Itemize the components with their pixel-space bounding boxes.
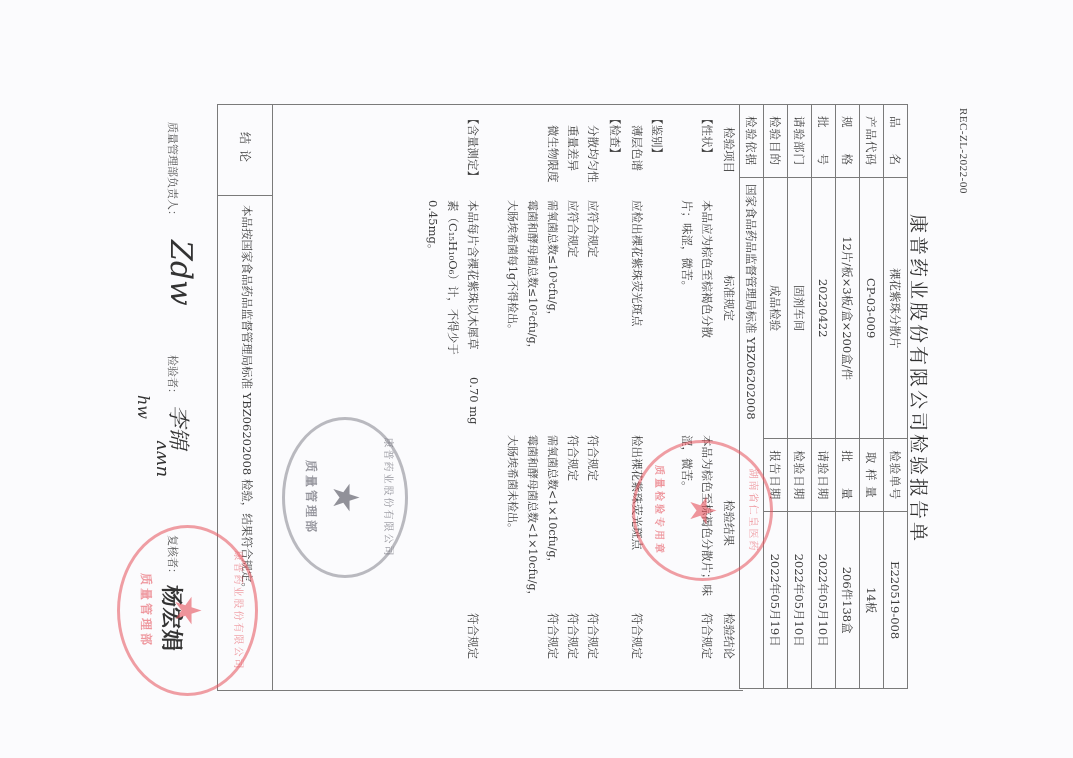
microbial-result-1: 需氧菌总数<1×10cfu/g， [545,435,561,569]
assay-standard-1: 本品每片含裸花紫珠以木犀草 [465,200,481,350]
request-date-label: 请验日期 [812,439,836,512]
basis-label: 检验依据 [740,105,764,178]
report-no-label: 检验单号 [884,439,908,512]
tlc-conclusion: 符合规定 [629,613,645,659]
qc-stamp-dept-text: 质量管理部 [303,420,320,575]
qa-head-signature: Zdw [163,240,198,306]
assay-conclusion: 符合规定 [465,613,481,659]
weight-item: 重量差异 [565,125,581,171]
appearance-standard-1: 本品应为棕色至棕褐色分散 [699,200,715,338]
sample-qty-label: 取 样 量 [860,439,884,512]
star-icon: ★ [682,494,723,526]
batch-qty-label: 批 量 [836,439,860,512]
info-row: 请验部门 固剂车间 检验日期 2022年05月10日 [788,105,812,689]
batch-qty: 206件138盒 [836,512,860,689]
product-name-label: 品 名 [884,105,908,178]
report-title: 康普药业股份有限公司检验报告单 [906,0,933,758]
tester-signature-3: hw [134,395,153,419]
purpose-label: 检验目的 [764,105,788,178]
test-date-label: 检验日期 [788,439,812,512]
dispersion-result: 符合规定 [585,435,601,481]
header-conclusion: 检验结论 [721,613,737,659]
header-item: 检验项目 [721,127,737,173]
spec: 12片/板×3板/盒×200盒/件 [836,178,860,439]
assay-standard-3: 0.45mg。 [425,200,441,255]
qc-stamp-ring-text: 康普药业股份有限公司 [382,420,397,575]
microbial-standard-3: 大肠埃希菌每1g不得检出。 [505,200,521,335]
dispersion-item: 分散均匀性 [585,125,601,183]
info-row: 检验目的 成品检验 报告日期 2022年05月19日 [764,105,788,689]
qa-head-label: 质量管理部负责人： [165,122,181,221]
weight-conclusion: 符合规定 [565,613,581,659]
batch-no-label: 批 号 [812,105,836,178]
appearance-conclusion: 符合规定 [699,613,715,659]
microbial-result-3: 大肠埃希菌未检出。 [505,435,521,534]
request-dept: 固剂车间 [788,178,812,439]
info-row: 品 名 裸花紫珠分散片 检验单号 E220519-008 [884,105,908,689]
assay-result: 0.70 mg [467,377,481,425]
microbial-result-2: 霉菌和酵母菌总数<1×10cfu/g， [525,435,541,602]
batch-no: 20220422 [812,178,836,439]
appearance-standard-2: 片；味涩，微苦。 [679,200,695,292]
star-icon: ★ [325,481,366,513]
product-name: 裸花紫珠分散片 [884,178,908,439]
weight-standard: 应符合规定 [565,200,581,258]
lab-stamp-dept-text: 质量检验专用章 [653,443,668,578]
dispersion-standard: 应符合规定 [585,200,601,258]
spec-label: 规 格 [836,105,860,178]
header-standard: 标准规定 [721,275,737,321]
star-icon: ★ [167,594,208,626]
tester-label: 检验者： [165,355,181,399]
request-date: 2022年05月10日 [812,512,836,689]
inspection-report-page: REC-ZL-2022-00 康普药业股份有限公司检验报告单 品 名 裸花紫珠分… [0,0,1073,758]
assay-standard-2: 素（C₁₅H₁₀O₆）计，不得少于 [445,200,461,355]
qc-department-stamp: 康普药业股份有限公司 ★ 质量管理部 [282,417,408,578]
product-code: CP-03-009 [860,178,884,439]
section-assay: 【含量测定】 [465,113,481,182]
lab-stamp-ring-text: 湖南省仁皇医药 [747,443,762,578]
report-no: E220519-008 [884,512,908,689]
info-table: 品 名 裸花紫珠分散片 检验单号 E220519-008 产品代码 CP-03-… [739,104,908,689]
qa-stamp-ring-text: 康普药业股份有限公司 [232,528,247,693]
section-inspection: 【检查】 [607,113,623,159]
microbial-standard-2: 霉菌和酵母菌总数≤10²cfu/g， [525,200,541,355]
section-identification: 【鉴别】 [649,113,665,159]
dispersion-conclusion: 符合规定 [585,613,601,659]
weight-result: 符合规定 [565,435,581,481]
qa-stamp-dept-text: 质量管理部 [138,528,155,693]
inspection-stamp: 湖南省仁皇医药 ★ 质量检验专用章 [632,440,773,581]
microbial-conclusion: 符合规定 [545,613,561,659]
tlc-item: 薄层色谱 [629,125,645,171]
info-row: 产品代码 CP-03-009 取 样 量 14板 [860,105,884,689]
conclusion-label: 结论 [218,105,273,196]
test-date: 2022年05月10日 [788,512,812,689]
request-dept-label: 请验部门 [788,105,812,178]
info-row: 批 号 20220422 请验日期 2022年05月10日 [812,105,836,689]
results-section: 检验项目 标准规定 检验结果 检验结论 【性状】 本品应为棕色至棕褐色分散 片；… [272,104,743,691]
qa-department-stamp: 康普药业股份有限公司 ★ 质量管理部 [117,525,258,696]
tester-signature-2: ʌʍn [152,440,173,477]
sample-qty: 14板 [860,512,884,689]
info-row: 检验依据 国家食品药品监督管理局标准 YBZ06202008 [740,105,764,689]
tlc-standard: 应检出裸花紫珠荧光斑点 [629,200,645,327]
record-code: REC-ZL-2022-00 [957,108,969,194]
basis: 国家食品药品监督管理局标准 YBZ06202008 [740,178,764,689]
section-appearance: 【性状】 [699,113,715,159]
microbial-standard-1: 需氧菌总数≤10³cfu/g， [545,200,561,322]
info-row: 规 格 12片/板×3板/盒×200盒/件 批 量 206件138盒 [836,105,860,689]
product-code-label: 产品代码 [860,105,884,178]
purpose: 成品检验 [764,178,788,439]
microbial-item: 微生物限度 [545,125,561,183]
